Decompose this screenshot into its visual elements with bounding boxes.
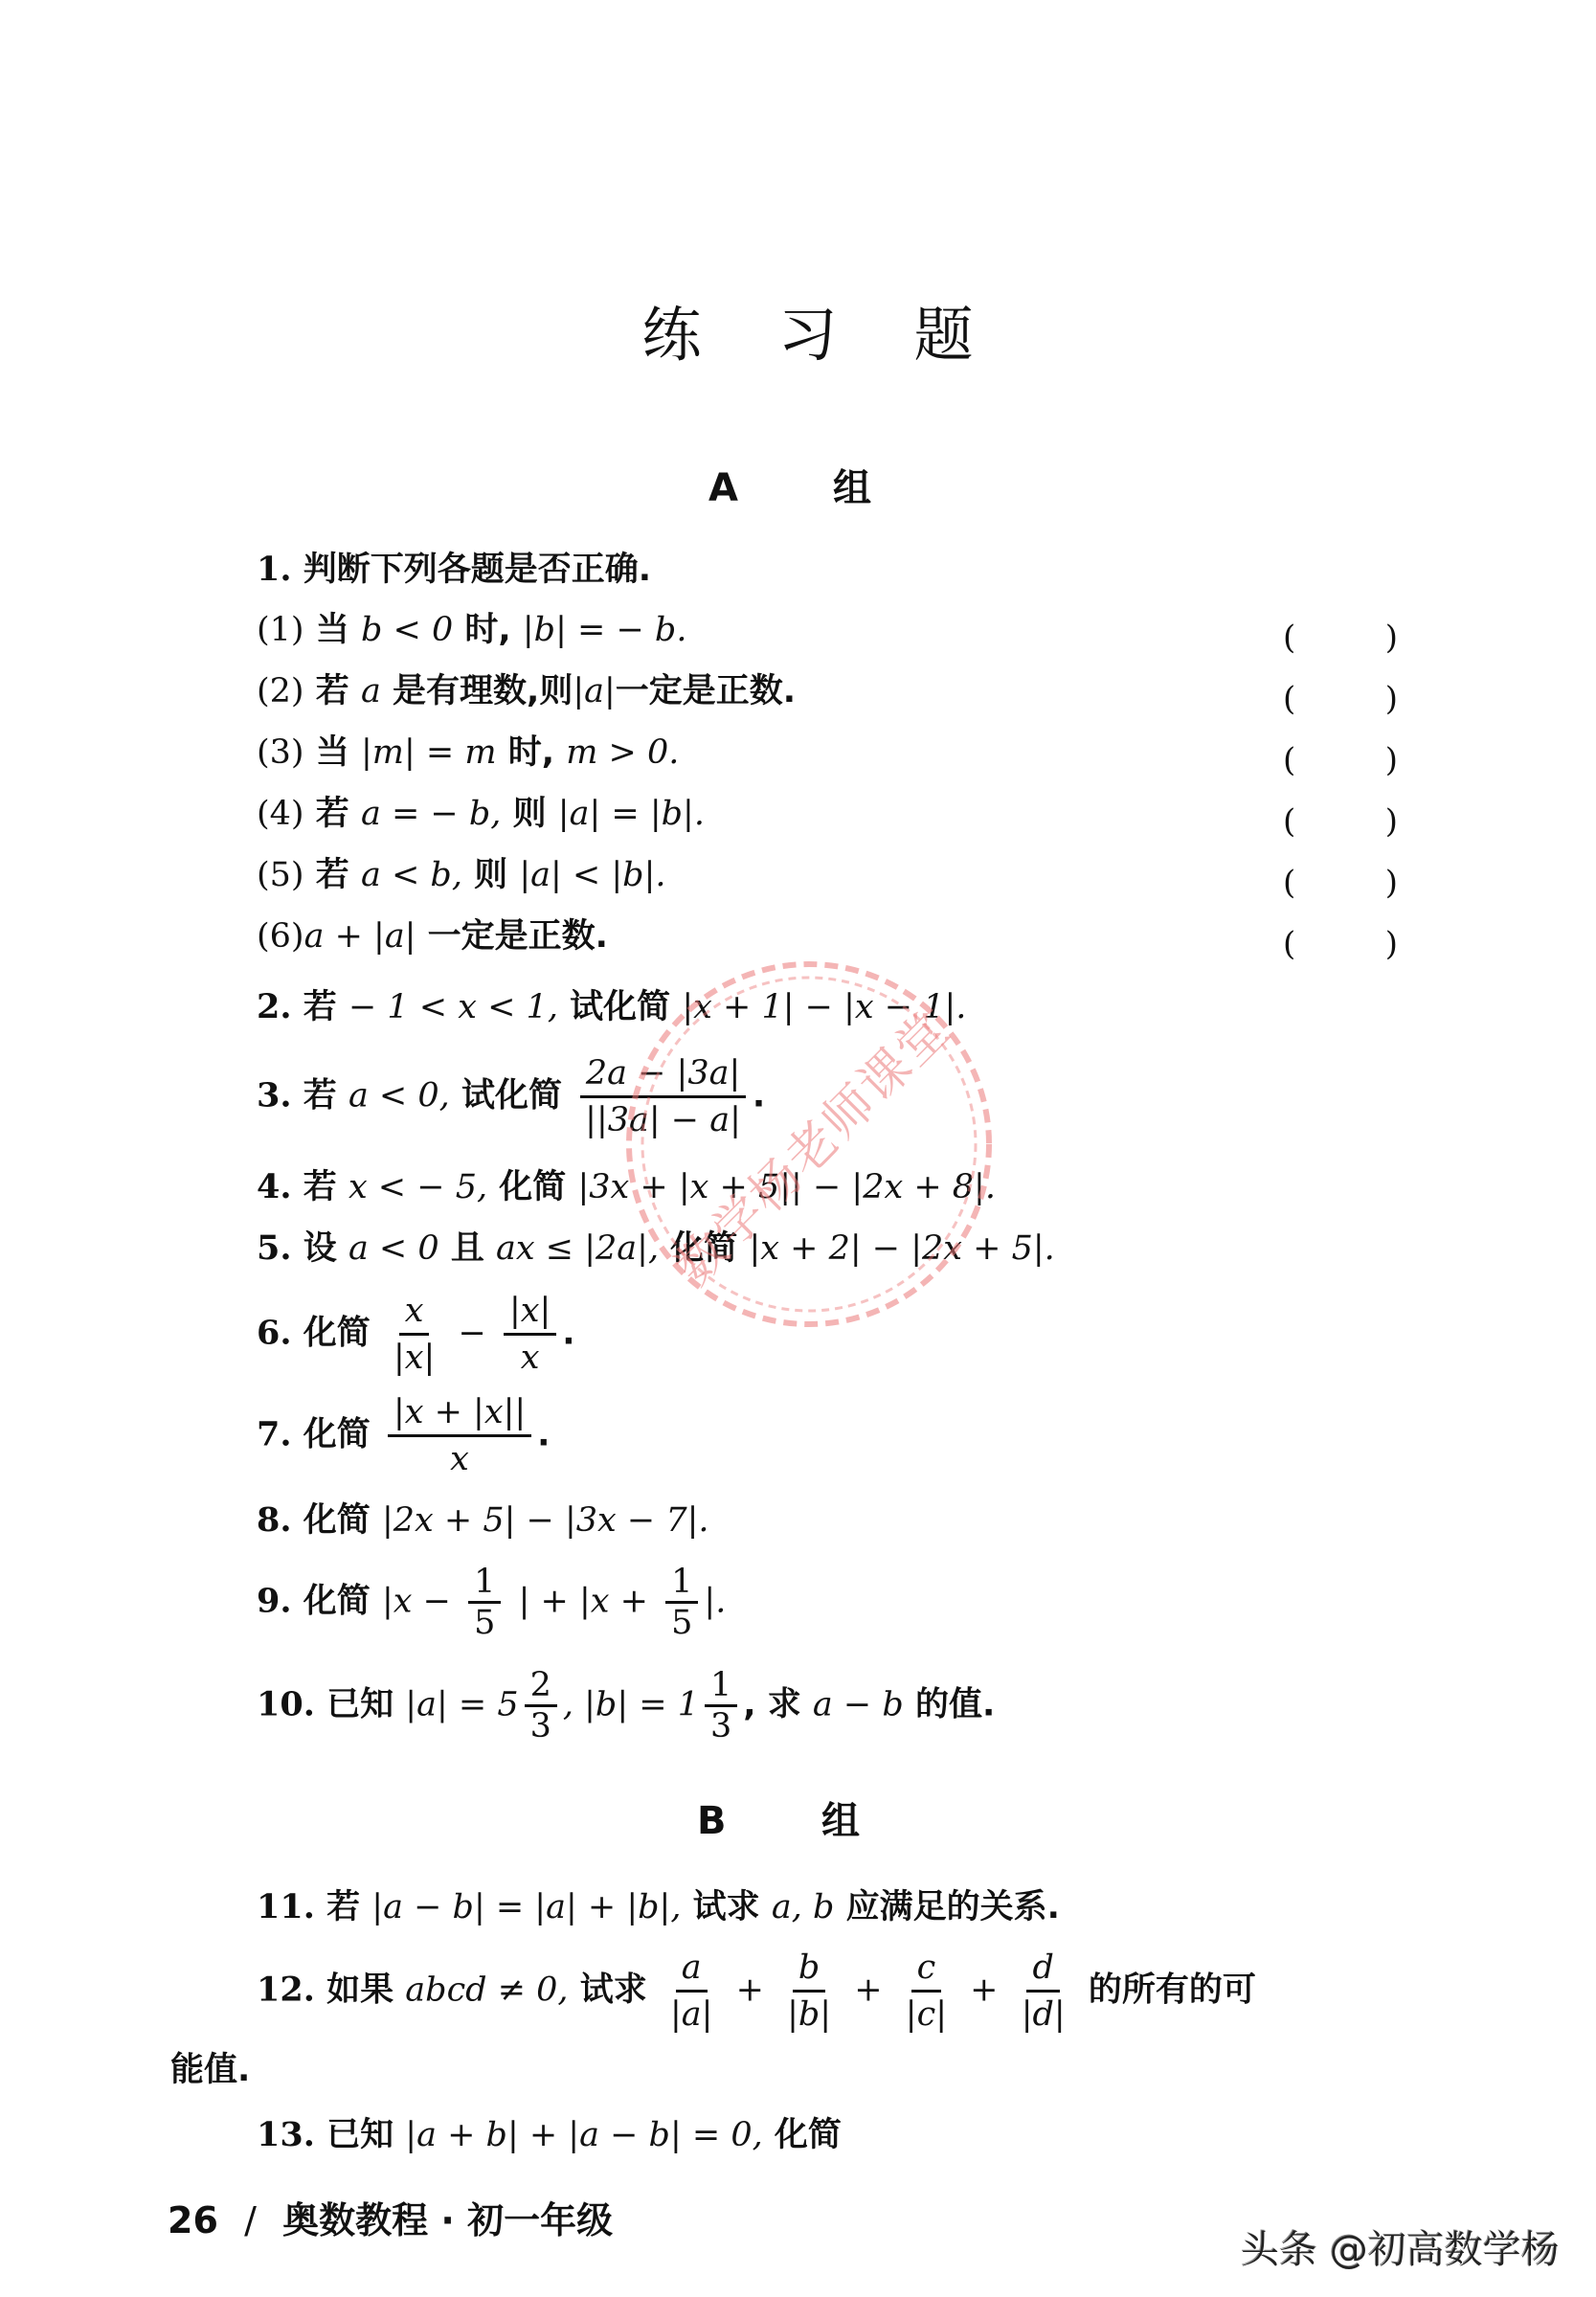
problem-12: 12. 如果 abcd ≠ 0, 试求 a|a| + b|b| + c|c| +… xyxy=(257,1946,1256,2037)
answer-blank-1[interactable]: () xyxy=(1283,619,1398,657)
problem-8: 8. 化简 |2x + 5| − |3x − 7|. xyxy=(257,1499,709,1542)
fraction: b|b| xyxy=(781,1946,837,2037)
credit-watermark: 头条 @初高数学杨 xyxy=(1241,2219,1560,2274)
problem-9: 9. 化简 |x − 15 | + |x + 15|. xyxy=(257,1563,726,1642)
problem-5: 5. 设 a < 0 且 ax ≤ |2a|, 化简 |x + 2| − |2x… xyxy=(257,1227,1055,1270)
problem-1-item-4: (4) 若 a = − b, 则 |a| = |b|. xyxy=(257,793,705,835)
problem-1-item-3: (3) 当 |m| = m 时, m > 0. xyxy=(257,732,679,774)
problem-1-item-1: (1) 当 b < 0 时, |b| = − b. xyxy=(257,609,686,651)
fraction: d|d| xyxy=(1016,1946,1071,2037)
fraction: c|c| xyxy=(900,1946,953,2037)
group-a-heading: A组 xyxy=(708,458,871,512)
footer-separator: / xyxy=(244,2199,257,2241)
fraction: |x + |x||x xyxy=(388,1390,531,1481)
answer-blank-3[interactable]: () xyxy=(1283,741,1398,779)
answer-blank-2[interactable]: () xyxy=(1283,680,1398,718)
fraction: |x|x xyxy=(504,1289,556,1380)
problem-1-item-6: (6)a + |a| 一定是正数. xyxy=(257,915,608,957)
group-b-label: 组 xyxy=(821,1799,860,1843)
page-number: 26 xyxy=(168,2199,218,2241)
answer-blank-5[interactable]: () xyxy=(1283,864,1398,902)
problem-1-item-5: (5) 若 a < b, 则 |a| < |b|. xyxy=(257,854,666,896)
fraction: 13 xyxy=(705,1666,737,1745)
problem-3: 3. 若 a < 0, 试化简 2a − |3a|||3a| − a|. xyxy=(257,1051,765,1142)
fraction: x|x| xyxy=(388,1289,440,1380)
problem-11: 11. 若 |a − b| = |a| + |b|, 试求 a, b 应满足的关… xyxy=(257,1886,1060,1928)
fraction: a|a| xyxy=(664,1946,718,2037)
page-title: 练习题 xyxy=(0,287,1596,372)
problem-6: 6. 化简 x|x| − |x|x. xyxy=(257,1289,575,1380)
group-a-letter: A xyxy=(708,466,833,510)
fraction: 23 xyxy=(525,1666,557,1745)
problem-4: 4. 若 x < − 5, 化简 |3x + |x + 5|| − |2x + … xyxy=(257,1166,996,1208)
group-a-label: 组 xyxy=(833,466,871,510)
answer-blank-6[interactable]: () xyxy=(1283,925,1398,963)
problem-1-stem: 1. 判断下列各题是否正确. xyxy=(257,549,651,591)
problem-1-item-2: (2) 若 a 是有理数,则|a|一定是正数. xyxy=(257,670,796,712)
fraction: 15 xyxy=(468,1563,501,1642)
page-footer: 26 / 奥数教程 · 初一年级 xyxy=(168,2191,613,2243)
fraction: 2a − |3a|||3a| − a| xyxy=(579,1051,747,1142)
group-b-heading: B组 xyxy=(697,1790,860,1845)
problem-12-continuation: 能值. xyxy=(170,2049,250,2091)
problem-7: 7. 化简 |x + |x||x. xyxy=(257,1390,550,1481)
fraction: 15 xyxy=(665,1563,698,1642)
problem-10: 10. 已知 |a| = 523, |b| = 113, 求 a − b 的值. xyxy=(257,1666,995,1745)
problem-2: 2. 若 − 1 < x < 1, 试化简 |x + 1| − |x − 1|. xyxy=(257,986,966,1028)
problem-13: 13. 已知 |a + b| + |a − b| = 0, 化简 xyxy=(257,2114,842,2156)
answer-blank-4[interactable]: () xyxy=(1283,802,1398,841)
book-title: 奥数教程 · 初一年级 xyxy=(282,2199,613,2241)
stamp-text: 数学杨老师课堂 xyxy=(545,880,1073,1408)
group-b-letter: B xyxy=(697,1799,821,1843)
